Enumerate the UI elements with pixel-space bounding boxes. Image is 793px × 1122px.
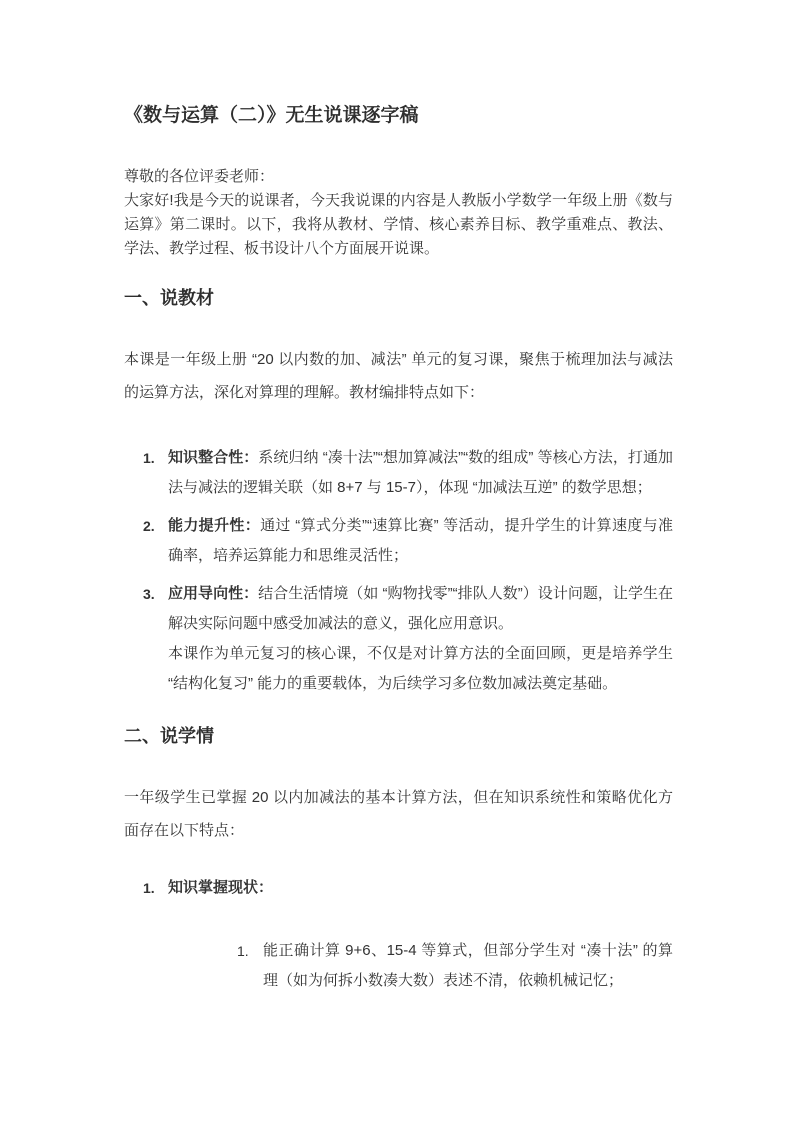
section-1-heading: 一、说教材 (124, 285, 673, 311)
section-1-closing-paragraph: 本课作为单元复习的核心课，不仅是对计算方法的全面回顾，更是培养学生 “结构化复习… (168, 639, 673, 699)
list-item-1: 1. 知识整合性：系统归纳 “凑十法”“想加算减法”“数的组成” 等核心方法，打… (143, 443, 673, 503)
nested-list-item-1-text: 能正确计算 9+6、15-4 等算式，但部分学生对 “凑十法” 的算理（如为何拆… (263, 936, 673, 996)
intro-text: 大家好!我是今天的说课者，今天我说课的内容是人教版小学数学一年级上册《数与运算》… (124, 192, 673, 257)
document-title: 《数与运算（二）》无生说课逐字稿 (124, 103, 673, 129)
section-2-list-item-1-number: 1. (143, 873, 168, 903)
list-item-2-number: 2. (143, 511, 168, 541)
list-item-3: 3. 应用导向性：结合生活情境（如 “购物找零”“排队人数”）设计问题，让学生在… (143, 579, 673, 699)
section-2-heading: 二、说学情 (124, 723, 673, 749)
document-page: 《数与运算（二）》无生说课逐字稿 尊敬的各位评委老师： 大家好!我是今天的说课者… (0, 0, 793, 1122)
intro-paragraph: 尊敬的各位评委老师： 大家好!我是今天的说课者，今天我说课的内容是人教版小学数学… (124, 165, 673, 261)
list-item-3-content: 应用导向性：结合生活情境（如 “购物找零”“排队人数”）设计问题，让学生在解决实… (168, 579, 673, 699)
section-2-lead-paragraph: 一年级学生已掌握 20 以内加减法的基本计算方法，但在知识系统性和策略优化方面存… (124, 781, 673, 847)
section-2-list-item-1-label: 知识掌握现状： (168, 879, 273, 896)
list-item-3-number: 3. (143, 579, 168, 609)
nested-list-item-1: 1. 能正确计算 9+6、15-4 等算式，但部分学生对 “凑十法” 的算理（如… (237, 936, 673, 996)
list-item-2-label: 能力提升性： (168, 517, 260, 534)
list-item-1-number: 1. (143, 443, 168, 473)
section-1-lead-paragraph: 本课是一年级上册 “20 以内数的加、减法” 单元的复习课，聚焦于梳理加法与减法… (124, 343, 673, 409)
salutation-line: 尊敬的各位评委老师： (124, 165, 673, 189)
list-item-2: 2. 能力提升性：通过 “算式分类”“速算比赛” 等活动，提升学生的计算速度与准… (143, 511, 673, 571)
list-item-3-label: 应用导向性： (168, 585, 258, 602)
section-2-nested-list: 1. 能正确计算 9+6、15-4 等算式，但部分学生对 “凑十法” 的算理（如… (237, 936, 673, 996)
section-1-numbered-list: 1. 知识整合性：系统归纳 “凑十法”“想加算减法”“数的组成” 等核心方法，打… (124, 443, 673, 699)
section-2-numbered-list: 1. 知识掌握现状： (124, 873, 673, 903)
section-2-list-item-1-content: 知识掌握现状： (168, 873, 673, 903)
nested-list-item-1-number: 1. (237, 936, 263, 966)
section-2-list-item-1: 1. 知识掌握现状： (143, 873, 673, 903)
list-item-1-label: 知识整合性： (168, 449, 258, 466)
list-item-1-content: 知识整合性：系统归纳 “凑十法”“想加算减法”“数的组成” 等核心方法，打通加法… (168, 443, 673, 503)
list-item-2-content: 能力提升性：通过 “算式分类”“速算比赛” 等活动，提升学生的计算速度与准确率，… (168, 511, 673, 571)
